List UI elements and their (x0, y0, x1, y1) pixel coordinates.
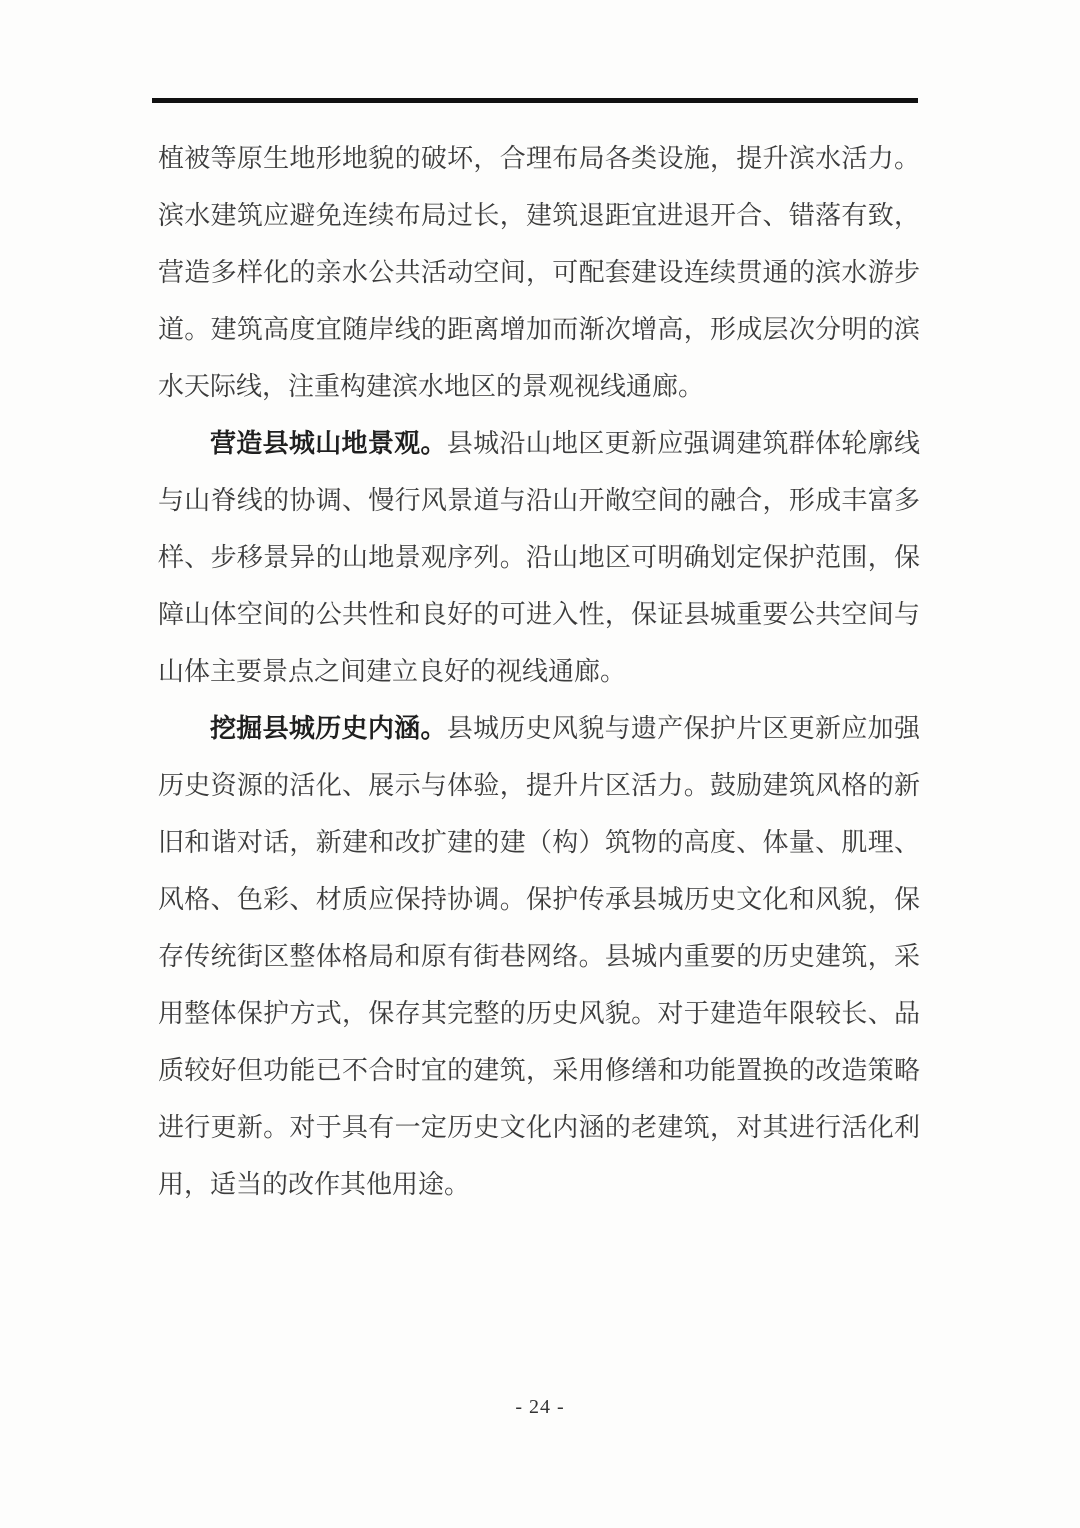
paragraph-lead: 挖掘县城历史内涵。 (210, 714, 447, 743)
paragraph-text: 县城历史风貌与遗产保护片区更新应加强历史资源的活化、展示与体验，提升片区活力。鼓… (158, 714, 920, 1199)
page-footer: - 24 - (0, 1396, 1080, 1419)
paragraph-text: 县城沿山地区更新应强调建筑群体轮廓线与山脊线的协调、慢行风景道与沿山开敞空间的融… (158, 429, 920, 686)
paragraph-historic-context: 挖掘县城历史内涵。县城历史风貌与遗产保护片区更新应加强历史资源的活化、展示与体验… (158, 700, 920, 1213)
page-number: - 24 - (515, 1396, 564, 1418)
paragraph-waterfront: 植被等原生地形地貌的破坏，合理布局各类设施，提升滨水活力。滨水建筑应避免连续布局… (158, 130, 920, 415)
paragraph-lead: 营造县城山地景观。 (210, 429, 447, 458)
header-rule-divider (152, 98, 918, 103)
paragraph-mountain-landscape: 营造县城山地景观。县城沿山地区更新应强调建筑群体轮廓线与山脊线的协调、慢行风景道… (158, 415, 920, 700)
document-page: 植被等原生地形地貌的破坏，合理布局各类设施，提升滨水活力。滨水建筑应避免连续布局… (0, 0, 1080, 1528)
paragraph-text: 植被等原生地形地貌的破坏，合理布局各类设施，提升滨水活力。滨水建筑应避免连续布局… (158, 144, 920, 401)
document-body: 植被等原生地形地貌的破坏，合理布局各类设施，提升滨水活力。滨水建筑应避免连续布局… (158, 130, 920, 1213)
